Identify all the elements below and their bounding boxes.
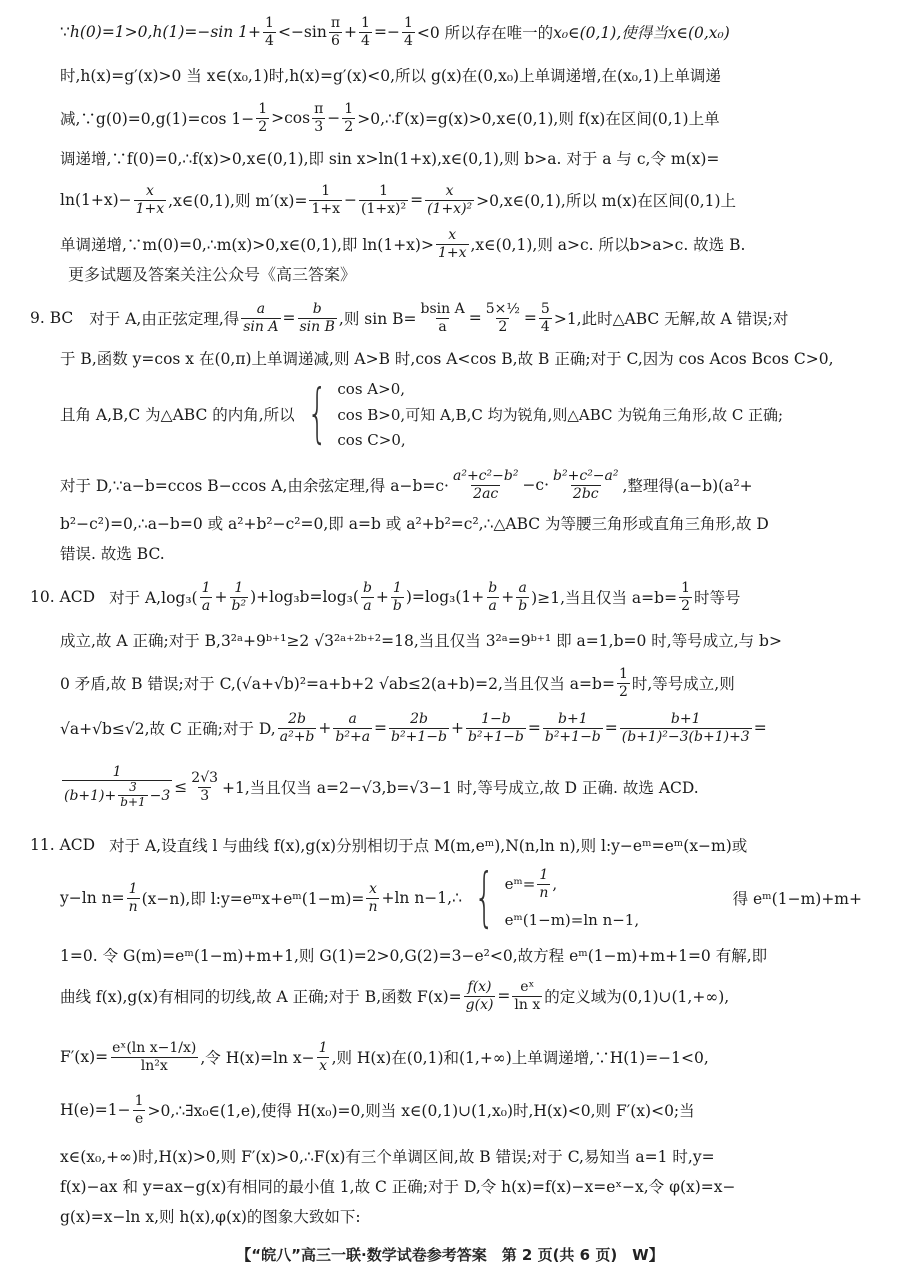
- text: ,则 H(x)在(0,1)和(1,+∞)上单调递增,∵H(1)=−1<0,: [332, 1046, 709, 1068]
- text: 对于 A,设直线 l 与曲线 f(x),g(x)分别相切于点 M(m,eᵐ),N…: [109, 834, 747, 856]
- text: )=log₃(1+: [406, 588, 484, 606]
- text: −: [327, 109, 340, 127]
- text: >cos: [271, 109, 310, 127]
- fraction: asin A: [241, 301, 280, 334]
- text: ,令 H(x)=ln x−: [200, 1046, 314, 1068]
- text: 减,∵g(0)=0,g(1)=cos 1−: [60, 107, 254, 129]
- text: √a+√b≤√2,故 C 正确;对于 D,: [60, 717, 276, 739]
- fraction: 1a: [200, 580, 213, 613]
- text: 时,等号成立,则: [632, 672, 735, 694]
- question-label: 9. BC: [30, 309, 73, 327]
- text: =: [528, 719, 541, 737]
- text: −c·: [522, 476, 549, 494]
- text: 的定义域为(0,1)∪(1,+∞),: [544, 985, 729, 1007]
- condition: cos B>0,可知 A,B,C 均为锐角,则△ABC 为锐角三角形,故 C 正…: [337, 404, 783, 425]
- text: 0 矛盾,故 B 错误;对于 C,(√a+√b)²=a+b+2 √ab≤2(a+…: [60, 672, 615, 694]
- text: 调递增,∵f(0)=0,∴f(x)>0,x∈(0,1),即 sin x>ln(1…: [60, 147, 719, 169]
- text: ,x∈(0,1),则 m′(x)=: [168, 189, 307, 211]
- text: >0,x∈(0,1),所以 m(x)在区间(0,1)上: [476, 189, 736, 211]
- text: =: [497, 987, 510, 1005]
- q10-line-1: 10. ACD 对于 A,log₃( 1a + 1b² )+log₃b=log₃…: [30, 577, 862, 617]
- text: x∈(x₀,+∞)时,H(x)>0,则 F′(x)>0,∴F(x)有三个单调区间…: [60, 1145, 715, 1167]
- text: −: [344, 191, 357, 209]
- fraction: 1(1+x)²: [359, 183, 408, 216]
- page-footer: 【“皖八”高三一联·数学试卷参考答案 第 2 页(共 6 页) W】: [0, 1244, 900, 1265]
- text: 对于 D,∵a−b=ccos B−ccos A,由余弦定理,得 a−b=c·: [60, 474, 449, 496]
- left-brace-icon: {: [307, 382, 327, 446]
- condition: cos A>0,: [337, 380, 783, 398]
- text: )≥1,当且仅当 a=b=: [531, 586, 677, 608]
- q11-line-6: H(e)=1− 1e >0,∴∃x₀∈(1,e),使得 H(x₀)=0,则当 x…: [60, 1090, 862, 1130]
- equation: eᵐ(1−m)=ln n−1,: [505, 911, 639, 929]
- q11-line-9: g(x)=x−ln x,则 h(x),φ(x)的图象大致如下:: [60, 1196, 862, 1236]
- text: b²−c²)=0,∴a−b=0 或 a²+b²−c²=0,即 a=b 或 a²+…: [60, 512, 769, 534]
- text: ,则 sin B=: [339, 307, 417, 329]
- text: +: [451, 719, 464, 737]
- fraction: 1x: [317, 1040, 330, 1073]
- text: +ln n−1,∴: [381, 889, 461, 907]
- q10-line-3: 0 矛盾,故 B 错误;对于 C,(√a+√b)²=a+b+2 √ab≤2(a+…: [60, 663, 862, 703]
- system-of-equations: { eᵐ=1n, eᵐ(1−m)=ln n−1,: [464, 866, 639, 930]
- text: h(0)=1>0,h(1)=−sin 1+: [70, 23, 261, 41]
- q10-line-2: 成立,故 A 正确;对于 B,3²ᵃ+9ᵇ⁺¹≥2 √3²ᵃ⁺²ᵇ⁺²=18,当…: [60, 620, 862, 660]
- text: g(x)=x−ln x,则 h(x),φ(x)的图象大致如下:: [60, 1205, 361, 1227]
- text: (x−n),即 l:y=eᵐx+eᵐ(1−m)=: [142, 887, 365, 909]
- fraction: 1b²: [230, 580, 249, 613]
- text-line-4: 调递增,∵f(0)=0,∴f(x)>0,x∈(0,1),即 sin x>ln(1…: [60, 138, 862, 178]
- text: F′(x)=: [60, 1048, 108, 1066]
- text: =: [374, 719, 387, 737]
- fraction: xn: [366, 881, 379, 914]
- q11-line-3: 1=0. 令 G(m)=eᵐ(1−m)+m+1,则 G(1)=2>0,G(2)=…: [60, 935, 862, 975]
- q11-line-2: y−ln n= 1n (x−n),即 l:y=eᵐx+eᵐ(1−m)= xn +…: [60, 858, 862, 938]
- fraction: 12: [256, 101, 269, 134]
- text: )+log₃b=log₃(: [250, 588, 359, 606]
- text: +: [376, 588, 389, 606]
- text: ,x∈(0,1),则 a>c. 所以b>a>c. 故选 B.: [471, 233, 746, 255]
- text: <0 所以存在唯一的: [417, 21, 553, 43]
- text: ,整理得(a−b)(a²+: [623, 474, 753, 496]
- text: >1,此时△ABC 无解,故 A 错误;对: [554, 307, 789, 329]
- fraction: 14: [402, 15, 415, 48]
- text: =: [283, 309, 296, 327]
- fraction: bsin Aa: [418, 301, 466, 334]
- fraction: 14: [359, 15, 372, 48]
- fraction: bsin B: [298, 301, 337, 334]
- text-line-5: ln(1+x)− x1+x ,x∈(0,1),则 m′(x)= 11+x − 1…: [60, 180, 862, 220]
- fraction: 5×½2: [484, 301, 522, 334]
- text: >0,∴f′(x)=g(x)>0,x∈(0,1),则 f(x)在区间(0,1)上…: [357, 107, 719, 129]
- fraction: 2√33: [189, 770, 220, 803]
- fraction: 11+x: [309, 183, 342, 216]
- text: =: [605, 719, 618, 737]
- text: 错误. 故选 BC.: [60, 542, 165, 564]
- q10-line-4: √a+√b≤√2,故 C 正确;对于 D, 2ba²+b + ab²+a = 2…: [60, 708, 862, 748]
- fraction: 14: [263, 15, 276, 48]
- fraction: f(x)g(x): [464, 979, 496, 1012]
- left-brace-icon: {: [474, 866, 494, 930]
- text: 单调递增,∵m(0)=0,∴m(x)>0,x∈(0,1),即 ln(1+x)>: [60, 233, 434, 255]
- because-symbol: ∵: [60, 23, 70, 41]
- text: 得 eᵐ(1−m)+m+: [733, 887, 862, 909]
- fraction: b+1b²+1−b: [543, 711, 603, 744]
- q9-line-3: 且角 A,B,C 为△ABC 的内角,所以 { cos A>0, cos B>0…: [60, 372, 862, 456]
- fraction: π6: [329, 15, 342, 48]
- fraction: 12: [617, 666, 630, 699]
- text: +: [318, 719, 331, 737]
- text: ≤: [174, 778, 187, 796]
- fraction: 1−bb²+1−b: [466, 711, 526, 744]
- fraction: ab²+a: [333, 711, 372, 744]
- fraction: eˣln x: [512, 979, 542, 1012]
- promo-text: 更多试题及答案关注公众号《高三答案》: [68, 262, 356, 285]
- question-label: 10. ACD: [30, 588, 95, 606]
- fraction: 54: [539, 301, 552, 334]
- fraction: 1b: [391, 580, 404, 613]
- text: 成立,故 A 正确;对于 B,3²ᵃ+9ᵇ⁺¹≥2 √3²ᵃ⁺²ᵇ⁺²=18,当…: [60, 629, 782, 651]
- q9-line-4: 对于 D,∵a−b=ccos B−ccos A,由余弦定理,得 a−b=c· a…: [60, 465, 862, 505]
- text: 于 B,函数 y=cos x 在(0,π)上单调递减,则 A>B 时,cos A…: [60, 347, 834, 369]
- fraction: a²+c²−b²2ac: [451, 468, 520, 501]
- q10-line-5: 1 (b+1)+ 3b+1 −3 ≤ 2√33 +1,当且仅当 a=2−√3,b…: [60, 762, 862, 812]
- text: =: [469, 309, 482, 327]
- text: 曲线 f(x),g(x)有相同的切线,故 A 正确;对于 B,函数 F(x)=: [60, 985, 462, 1007]
- fraction: eˣ(ln x−1/x)ln²x: [110, 1040, 198, 1073]
- system-of-conditions: { cos A>0, cos B>0,可知 A,B,C 均为锐角,则△ABC 为…: [297, 380, 783, 449]
- text: +: [344, 23, 357, 41]
- text-line-1: ∵ h(0)=1>0,h(1)=−sin 1+ 14 <−sin π6 + 14…: [60, 12, 862, 52]
- question-label: 11. ACD: [30, 836, 95, 854]
- equation: eᵐ=1n,: [505, 867, 639, 900]
- text: 对于 A,log₃(: [109, 586, 198, 608]
- text: 且角 A,B,C 为△ABC 的内角,所以: [60, 403, 295, 425]
- text: 对于 A,由正弦定理,得: [89, 307, 239, 329]
- text: 1=0. 令 G(m)=eᵐ(1−m)+m+1,则 G(1)=2>0,G(2)=…: [60, 944, 767, 966]
- text-line-3: 减,∵g(0)=0,g(1)=cos 1− 12 >cos π3 − 12 >0…: [60, 98, 862, 138]
- fraction: ba: [361, 580, 374, 613]
- text: >0,∴∃x₀∈(1,e),使得 H(x₀)=0,则当 x∈(0,1)∪(1,x…: [148, 1099, 695, 1121]
- fraction: ba: [486, 580, 499, 613]
- text: +: [215, 588, 228, 606]
- fraction: 1n: [127, 881, 140, 914]
- text: 时等号: [694, 586, 741, 608]
- fraction: x(1+x)²: [425, 183, 474, 216]
- text: ln(1+x)−: [60, 191, 132, 209]
- text: 时,h(x)=g′(x)>0 当 x∈(x₀,1)时,h(x)=g′(x)<0,…: [60, 64, 721, 86]
- text: =−: [374, 23, 400, 41]
- fraction: 2bb²+1−b: [389, 711, 449, 744]
- text-line-6: 单调递增,∵m(0)=0,∴m(x)>0,x∈(0,1),即 ln(1+x)> …: [60, 224, 862, 264]
- text: <−sin: [278, 23, 327, 41]
- text: =: [410, 191, 423, 209]
- fraction: b²+c²−a²2bc: [551, 468, 620, 501]
- q11-line-4: 曲线 f(x),g(x)有相同的切线,故 A 正确;对于 B,函数 F(x)= …: [60, 976, 862, 1016]
- fraction: 1e: [133, 1093, 146, 1126]
- fraction: 2ba²+b: [278, 711, 317, 744]
- text: y−ln n=: [60, 889, 125, 907]
- fraction: 12: [342, 101, 355, 134]
- fraction: b+1(b+1)²−3(b+1)+3: [620, 711, 752, 744]
- text: H(e)=1−: [60, 1101, 131, 1119]
- text-line-2: 时,h(x)=g′(x)>0 当 x∈(x₀,1)时,h(x)=g′(x)<0,…: [60, 55, 862, 95]
- fraction: ab: [516, 580, 529, 613]
- text: f(x)−ax 和 y=ax−g(x)有相同的最小值 1,故 C 正确;对于 D…: [60, 1175, 736, 1197]
- fraction: 12: [679, 580, 692, 613]
- fraction: x1+x: [436, 227, 469, 260]
- q9-line-1: 9. BC 对于 A,由正弦定理,得 asin A = bsin B ,则 si…: [30, 298, 862, 338]
- condition: cos C>0,: [337, 431, 783, 449]
- q11-line-5: F′(x)= eˣ(ln x−1/x)ln²x ,令 H(x)=ln x− 1x…: [60, 1032, 862, 1082]
- q9-line-6: 错误. 故选 BC.: [60, 533, 862, 573]
- text: +1,当且仅当 a=2−√3,b=√3−1 时,等号成立,故 D 正确. 故选 …: [222, 776, 699, 798]
- text: +: [501, 588, 514, 606]
- fraction: 1 (b+1)+ 3b+1 −3: [62, 764, 172, 810]
- text: x₀∈(0,1),使得当x∈(0,x₀): [553, 21, 730, 43]
- fraction: x1+x: [134, 183, 167, 216]
- text: =: [754, 719, 767, 737]
- fraction: π3: [312, 101, 325, 134]
- text: =: [524, 309, 537, 327]
